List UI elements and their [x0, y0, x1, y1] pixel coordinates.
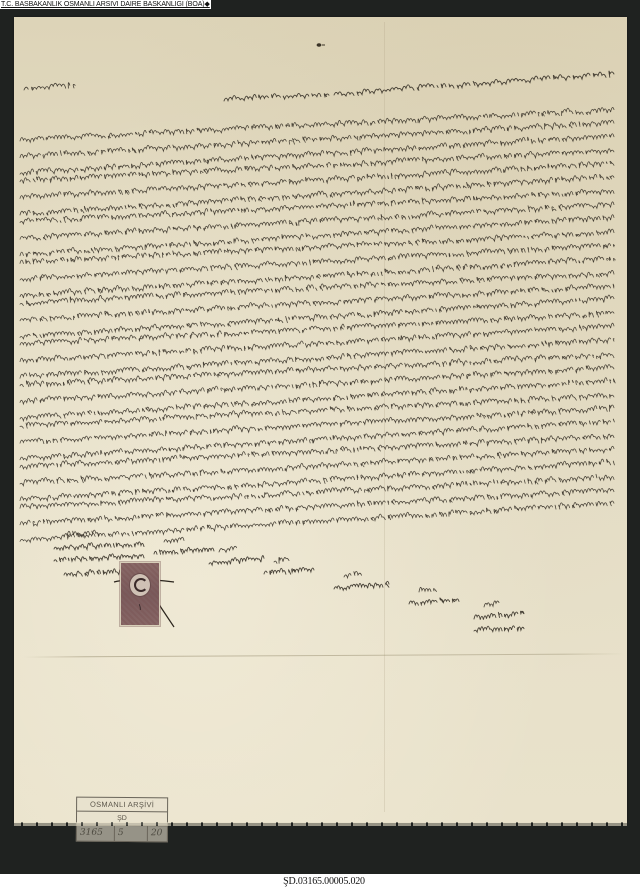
document-scan-viewer: T.C. BASBAKANLIK OSMANLI ARSIVI DAIRE BA… [0, 0, 640, 874]
archive-stamp-page: 20 [148, 826, 167, 841]
document-reference-id: ŞD.03165.00005.020 [0, 876, 640, 887]
archive-stamp-box: 3165 [77, 826, 115, 841]
archive-header-label: T.C. BASBAKANLIK OSMANLI ARSIVI DAIRE BA… [0, 0, 211, 9]
revenue-stamp: ١ [120, 562, 160, 626]
reference-id-text: ŞD.03165.00005.020 [283, 876, 365, 887]
tugra-icon [134, 578, 148, 592]
handwritten-text-body [14, 17, 627, 657]
document-page: ١ OSMANLI ARŞİVİ ŞD 3165 5 20 [14, 17, 627, 823]
archive-stamp-title: OSMANLI ARŞİVİ [77, 798, 167, 813]
archive-reference-stamp: OSMANLI ARŞİVİ ŞD 3165 5 20 [76, 797, 168, 843]
torn-paper-edge [14, 822, 627, 826]
archive-stamp-file: 5 [115, 826, 148, 841]
stamp-numeral: ١ [136, 603, 144, 613]
